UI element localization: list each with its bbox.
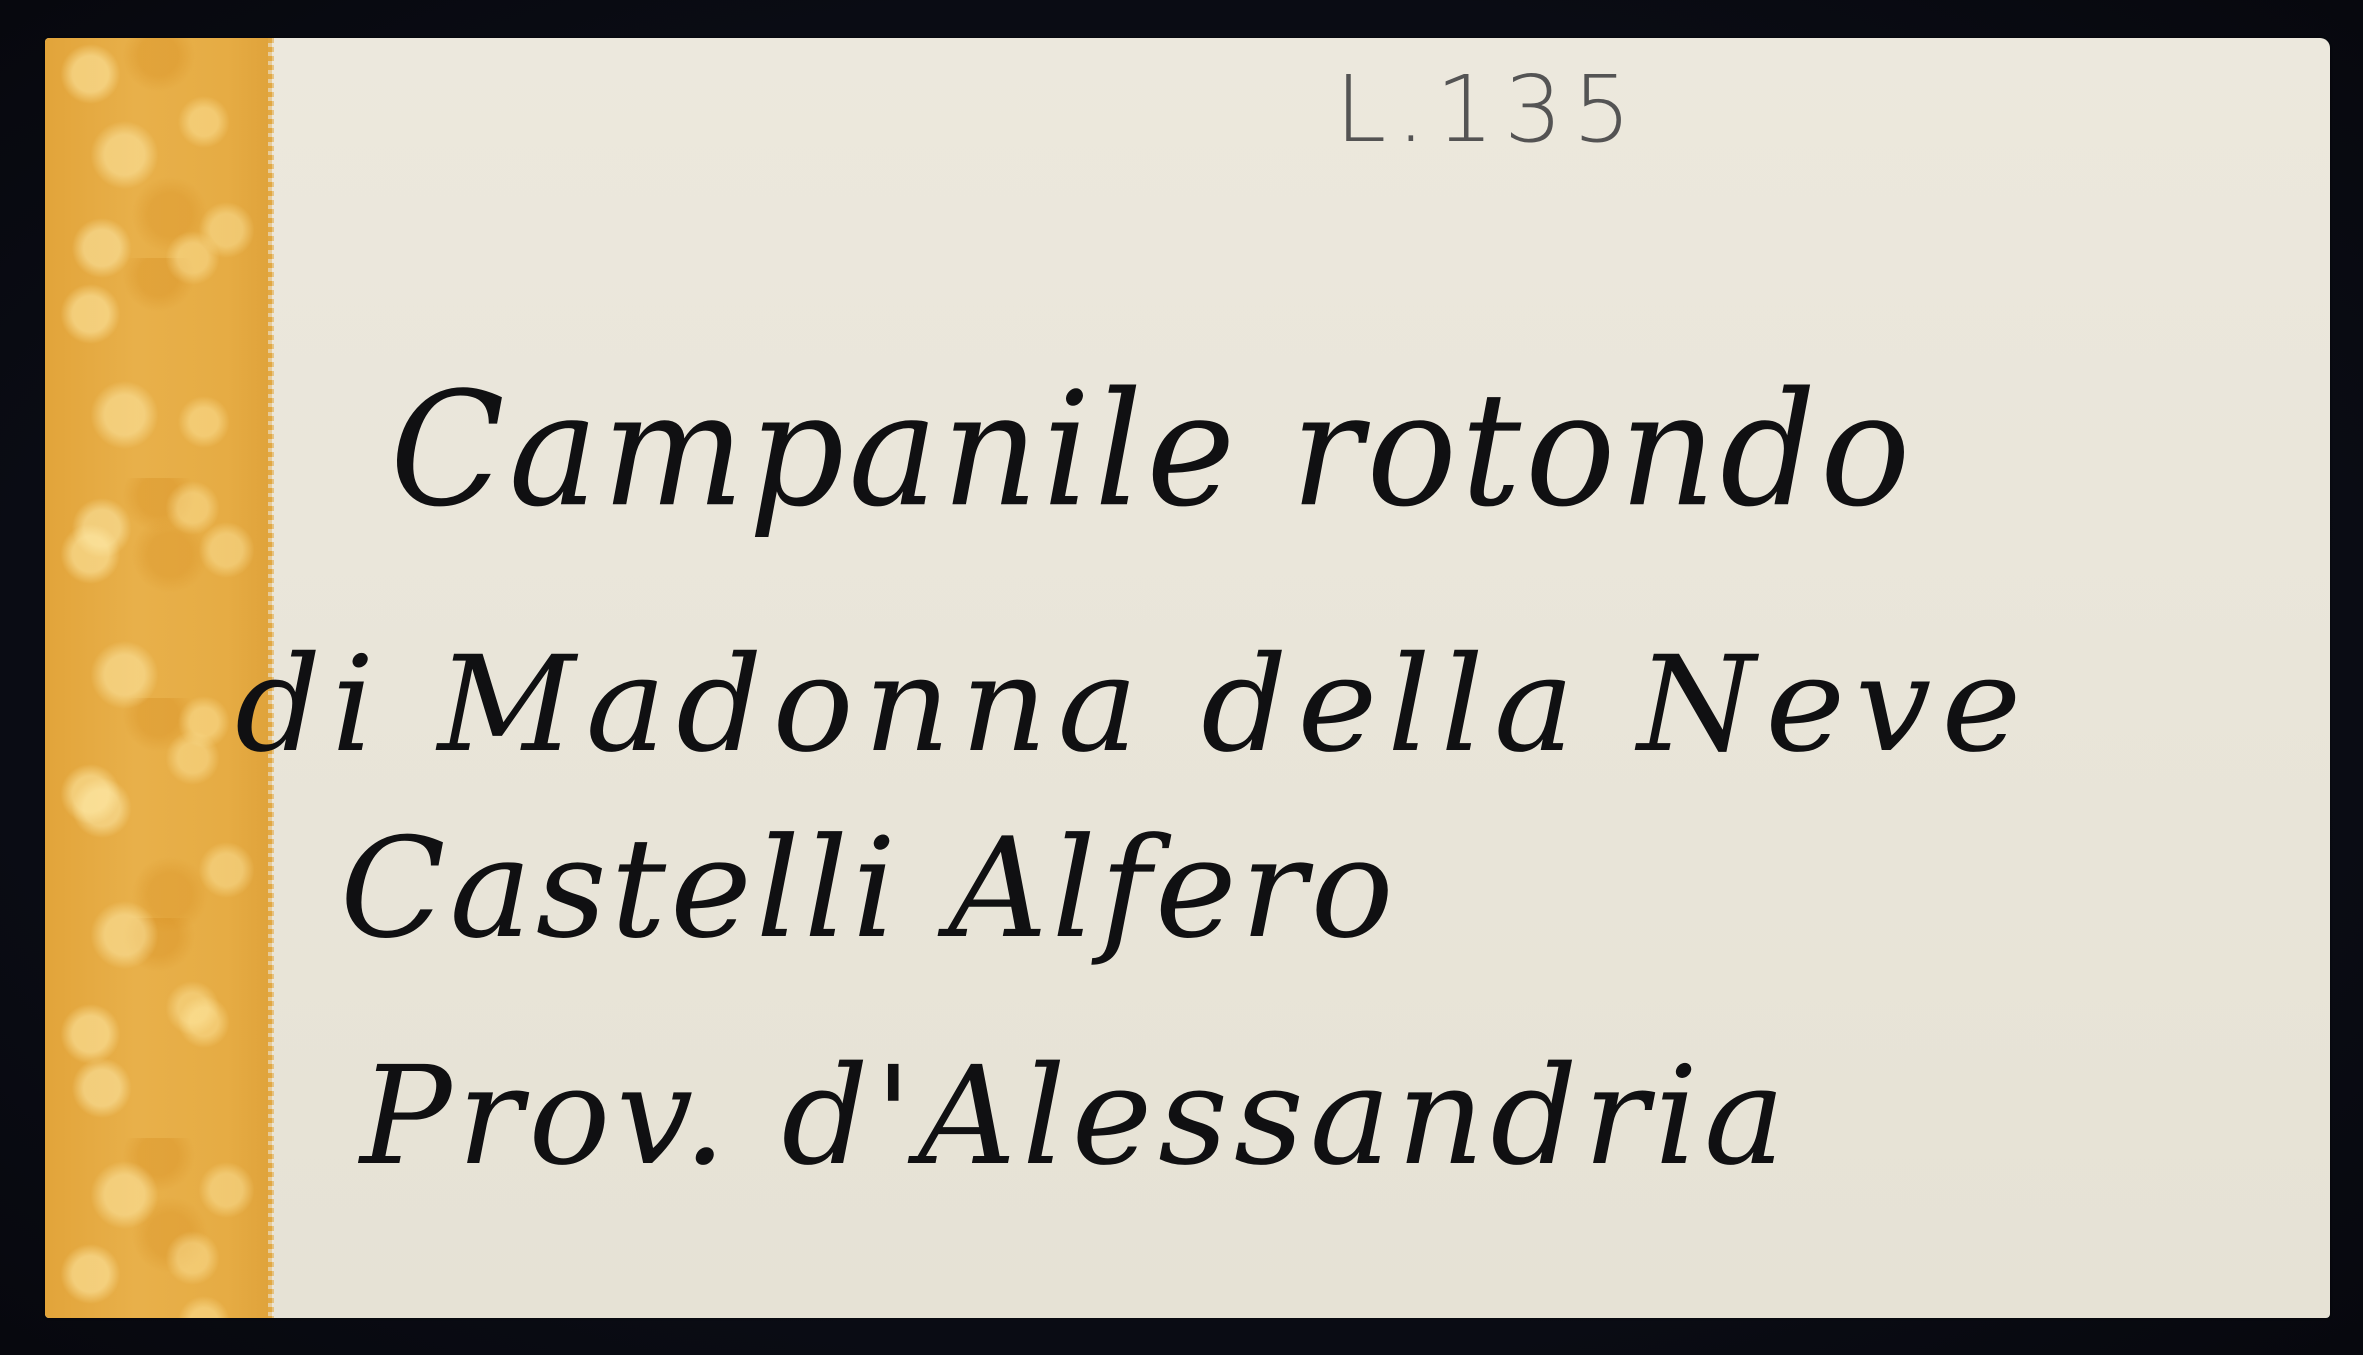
handwritten-line-4: Prov. d'Alessandria: [360, 1038, 1791, 1196]
handwritten-line-3: Castelli Alfero: [340, 808, 1398, 969]
photo-background: L.135 Campanile rotondo di Madonna della…: [0, 0, 2363, 1355]
handwritten-line-1: Campanile rotondo: [390, 359, 1914, 542]
catalog-number: L.135: [1335, 56, 1641, 163]
handwritten-line-2: di Madonna della Neve: [235, 628, 2031, 782]
label-card: L.135 Campanile rotondo di Madonna della…: [45, 38, 2330, 1318]
